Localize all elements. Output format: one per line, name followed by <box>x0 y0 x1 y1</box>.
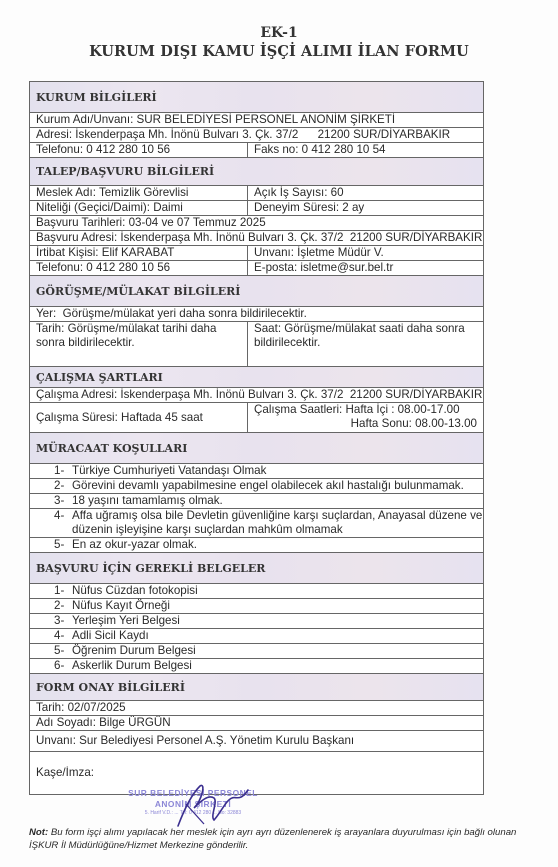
kurum-adres: Adresi: İskenderpaşa Mh. İnönü Bulvarı 3… <box>30 128 483 142</box>
item-text: 18 yaşını tamamlamış olmak. <box>72 494 223 508</box>
onay-adi-soyadi: Adı Soyadı: Bilge ÜRGÜN <box>30 716 483 730</box>
list-item-content: 5-Öğrenim Durum Belgesi <box>30 644 196 658</box>
calisma-adresi: Çalışma Adresi: İskenderpaşa Mh. İnönü B… <box>30 388 483 402</box>
list-item: 3-18 yaşını tamamlamış olmak. <box>30 494 483 509</box>
niteligi: Niteliği (Geçici/Daimi): Daimi <box>30 201 248 215</box>
section-title: MÜRACAAT KOŞULLARI <box>36 442 187 455</box>
calisma-saatleri-hafta-sonu: Hafta Sonu: 08.00-13.00 <box>254 417 477 431</box>
irtibat-row: İrtibat Kişisi: Elif KARABAT Unvanı: İşl… <box>30 246 483 261</box>
onay-unvan: Unvanı: Sur Belediyesi Personel A.Ş. Yön… <box>30 734 483 748</box>
basvuru-adres-row: Başvuru Adresi: İskenderpaşa Mh. İnönü B… <box>30 231 483 246</box>
kurum-telefon: Telefonu: 0 412 280 10 56 <box>30 143 248 157</box>
list-item: 2-Görevini devamlı yapabilmesine engel o… <box>30 479 483 494</box>
basvuru-tarihleri: Başvuru Tarihleri: 03-04 ve 07 Temmuz 20… <box>30 216 483 230</box>
irtibat-unvan: Unvanı: İşletme Müdür V. <box>248 246 483 260</box>
gorusme-tarih: Tarih: Görüşme/mülakat tarihi daha sonra… <box>30 322 248 366</box>
section-talep-header: TALEP/BAŞVURU BİLGİLERİ <box>30 158 483 186</box>
list-item-content: 2-Görevini devamlı yapabilmesine engel o… <box>30 479 464 493</box>
list-item: 2-Nüfus Kayıt Örneği <box>30 599 483 614</box>
list-item: 5-Öğrenim Durum Belgesi <box>30 644 483 659</box>
signature-icon <box>170 780 260 830</box>
section-calisma-header: ÇALIŞMA ŞARTLARI <box>30 367 483 388</box>
item-number: 4- <box>54 629 72 643</box>
deneyim-suresi: Deneyim Süresi: 2 ay <box>248 201 483 215</box>
list-item-content: 1-Nüfus Cüzdan fotokopisi <box>30 584 198 598</box>
kurum-iletisim-row: Telefonu: 0 412 280 10 56 Faks no: 0 412… <box>30 143 483 158</box>
list-item-content: 3-18 yaşını tamamlamış olmak. <box>30 494 223 508</box>
kurum-adi: Kurum Adı/Unvanı: SUR BELEDİYESİ PERSONE… <box>30 113 483 127</box>
gorusme-tarih-saat-row: Tarih: Görüşme/mülakat tarihi daha sonra… <box>30 322 483 367</box>
list-item: 4-Affa uğramış olsa bile Devletin güvenl… <box>30 509 483 538</box>
calisma-saatleri: Çalışma Saatleri: Hafta İçi : 08.00-17.0… <box>248 403 483 432</box>
gorusme-yer: Yer: Görüşme/mülakat yeri daha sonra bil… <box>30 307 483 321</box>
tarihler-row: Başvuru Tarihleri: 03-04 ve 07 Temmuz 20… <box>30 216 483 231</box>
meslek-adi: Meslek Adı: Temizlik Görevlisi <box>30 186 248 200</box>
muracaat-list: 1-Türkiye Cumhuriyeti Vatandaşı Olmak2-G… <box>30 464 483 553</box>
note-label: Not: <box>29 827 48 838</box>
item-text: En az okur-yazar olmak. <box>72 538 197 552</box>
form-heading: KURUM DIŞI KAMU İŞÇİ ALIMI İLAN FORMU <box>0 42 558 62</box>
item-number: 6- <box>54 659 72 673</box>
section-title: GÖRÜŞME/MÜLAKAT BİLGİLERİ <box>36 285 240 298</box>
irtibat-kisisi: İrtibat Kişisi: Elif KARABAT <box>30 246 248 260</box>
talep-telefon: Telefonu: 0 412 280 10 56 <box>30 261 248 275</box>
list-item-content: 6-Askerlik Durum Belgesi <box>30 659 192 673</box>
calisma-saatleri-hafta-ici: Çalışma Saatleri: Hafta İçi : 08.00-17.0… <box>254 403 477 417</box>
list-item: 4-Adli Sicil Kaydı <box>30 629 483 644</box>
calisma-sure-row: Çalışma Süresi: Haftada 45 saat Çalışma … <box>30 403 483 433</box>
onay-tarih: Tarih: 02/07/2025 <box>30 701 483 715</box>
section-title: TALEP/BAŞVURU BİLGİLERİ <box>36 165 214 178</box>
list-item: 6-Askerlik Durum Belgesi <box>30 659 483 674</box>
annex-label: EK-1 <box>0 24 558 42</box>
item-text: Yerleşim Yeri Belgesi <box>72 614 180 628</box>
talep-eposta: E-posta: isletme@sur.bel.tr <box>248 261 483 275</box>
section-onay-header: FORM ONAY BİLGİLERİ <box>30 674 483 701</box>
acik-is-sayisi: Açık İş Sayısı: 60 <box>248 186 483 200</box>
list-item-content: 5-En az okur-yazar olmak. <box>30 538 197 552</box>
onay-adi-row: Adı Soyadı: Bilge ÜRGÜN <box>30 716 483 731</box>
item-text: Nüfus Cüzdan fotokopisi <box>72 584 198 598</box>
item-text: Görevini devamlı yapabilmesine engel ola… <box>72 479 464 493</box>
basvuru-adresi: Başvuru Adresi: İskenderpaşa Mh. İnönü B… <box>30 231 483 245</box>
section-gorusme-header: GÖRÜŞME/MÜLAKAT BİLGİLERİ <box>30 276 483 307</box>
section-muracaat-header: MÜRACAAT KOŞULLARI <box>30 433 483 464</box>
list-item-content: 4-Affa uğramış olsa bile Devletin güvenl… <box>30 509 483 537</box>
calisma-adres-row: Çalışma Adresi: İskenderpaşa Mh. İnönü B… <box>30 388 483 403</box>
meslek-row: Meslek Adı: Temizlik Görevlisi Açık İş S… <box>30 186 483 201</box>
belgeler-list: 1-Nüfus Cüzdan fotokopisi2-Nüfus Kayıt Ö… <box>30 584 483 674</box>
announcement-form: KURUM BİLGİLERİ Kurum Adı/Unvanı: SUR BE… <box>29 81 484 795</box>
list-item: 1-Nüfus Cüzdan fotokopisi <box>30 584 483 599</box>
item-text: Affa uğramış olsa bile Devletin güvenliğ… <box>72 509 483 537</box>
note-text: Bu form işçi alımı yapılacak her meslek … <box>29 827 516 851</box>
item-text: Türkiye Cumhuriyeti Vatandaşı Olmak <box>72 464 266 478</box>
gorusme-saat: Saat: Görüşme/mülakat saati daha sonra b… <box>248 322 483 366</box>
item-number: 3- <box>54 614 72 628</box>
item-number: 2- <box>54 599 72 613</box>
list-item: 3-Yerleşim Yeri Belgesi <box>30 614 483 629</box>
calisma-suresi: Çalışma Süresi: Haftada 45 saat <box>30 403 248 432</box>
footer-note: Not: Bu form işçi alımı yapılacak her me… <box>29 826 539 852</box>
nitelik-row: Niteliği (Geçici/Daimi): Daimi Deneyim S… <box>30 201 483 216</box>
list-item-content: 1-Türkiye Cumhuriyeti Vatandaşı Olmak <box>30 464 266 478</box>
item-number: 5- <box>54 644 72 658</box>
list-item-content: 3-Yerleşim Yeri Belgesi <box>30 614 180 628</box>
onay-tarih-row: Tarih: 02/07/2025 <box>30 701 483 716</box>
kurum-adres-row: Adresi: İskenderpaşa Mh. İnönü Bulvarı 3… <box>30 128 483 143</box>
kase-imza-label: Kaşe/İmza: <box>30 766 483 780</box>
item-number: 3- <box>54 494 72 508</box>
talep-iletisim-row: Telefonu: 0 412 280 10 56 E-posta: islet… <box>30 261 483 276</box>
list-item-content: 2-Nüfus Kayıt Örneği <box>30 599 170 613</box>
list-item: 1-Türkiye Cumhuriyeti Vatandaşı Olmak <box>30 464 483 479</box>
form-title: EK-1 KURUM DIŞI KAMU İŞÇİ ALIMI İLAN FOR… <box>0 24 558 62</box>
item-number: 4- <box>54 509 72 537</box>
item-text: Askerlik Durum Belgesi <box>72 659 192 673</box>
kurum-faks: Faks no: 0 412 280 10 54 <box>248 143 483 157</box>
section-title: FORM ONAY BİLGİLERİ <box>36 681 185 694</box>
section-kurum-header: KURUM BİLGİLERİ <box>30 82 483 113</box>
item-text: Öğrenim Durum Belgesi <box>72 644 196 658</box>
gorusme-yer-row: Yer: Görüşme/mülakat yeri daha sonra bil… <box>30 307 483 322</box>
item-number: 1- <box>54 584 72 598</box>
section-title: BAŞVURU İÇİN GEREKLİ BELGELER <box>36 562 265 575</box>
list-item: 5-En az okur-yazar olmak. <box>30 538 483 553</box>
item-number: 1- <box>54 464 72 478</box>
list-item-content: 4-Adli Sicil Kaydı <box>30 629 149 643</box>
onay-unvan-row: Unvanı: Sur Belediyesi Personel A.Ş. Yön… <box>30 731 483 752</box>
item-text: Nüfus Kayıt Örneği <box>72 599 170 613</box>
kurum-adi-row: Kurum Adı/Unvanı: SUR BELEDİYESİ PERSONE… <box>30 113 483 128</box>
item-number: 2- <box>54 479 72 493</box>
section-title: ÇALIŞMA ŞARTLARI <box>36 371 163 384</box>
section-belgeler-header: BAŞVURU İÇİN GEREKLİ BELGELER <box>30 553 483 584</box>
section-title: KURUM BİLGİLERİ <box>36 91 157 104</box>
item-text: Adli Sicil Kaydı <box>72 629 149 643</box>
item-number: 5- <box>54 538 72 552</box>
